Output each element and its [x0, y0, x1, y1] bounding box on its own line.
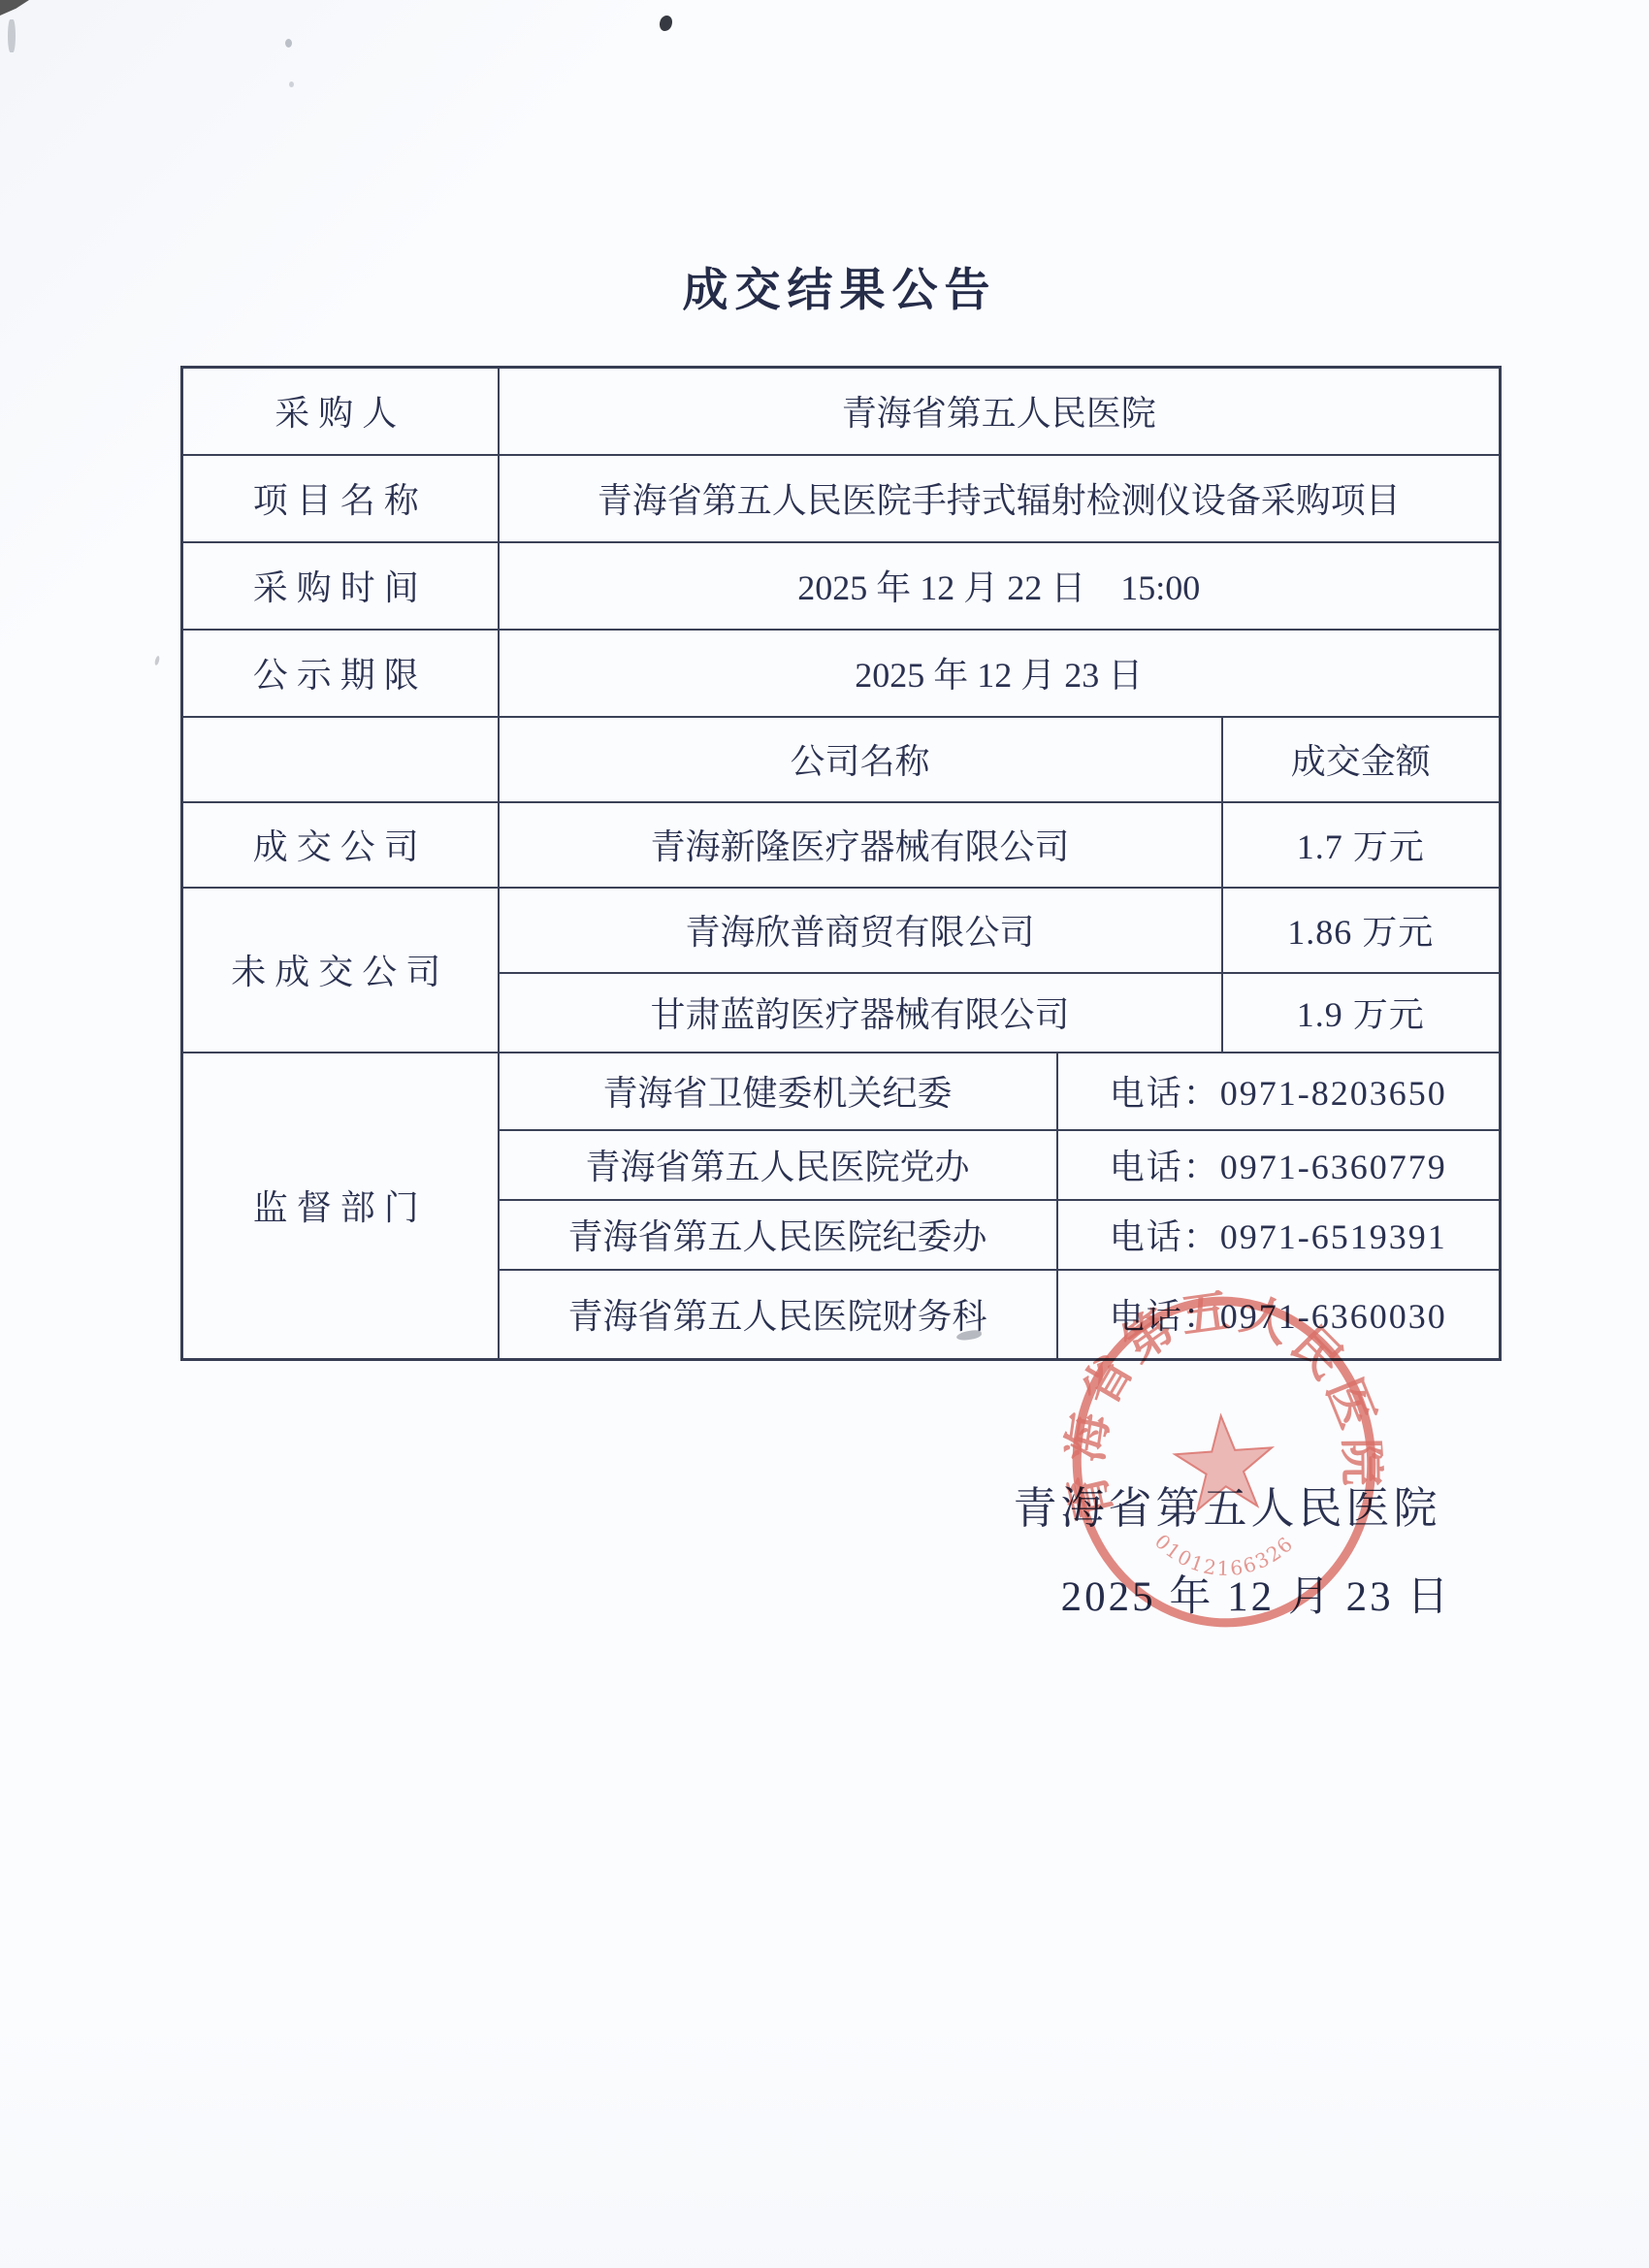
table-row: 项目名称 青海省第五人民医院手持式辐射检测仪设备采购项目: [182, 455, 1501, 542]
supervision-department: 青海省第五人民医院党办: [499, 1130, 1057, 1200]
signature-organization: 青海省第五人民医院: [1009, 1473, 1445, 1536]
announcement-table: 采购人 青海省第五人民医院 项目名称 青海省第五人民医院手持式辐射检测仪设备采购…: [180, 366, 1502, 1361]
scan-speck: [285, 39, 292, 48]
non-winner-amount: 1.9 万元: [1222, 973, 1501, 1053]
table-row: 成交公司 青海新隆医疗器械有限公司 1.7 万元: [182, 802, 1501, 888]
project-name-label: 项目名称: [182, 455, 499, 542]
winner-amount: 1.7 万元: [1222, 802, 1501, 888]
non-winner-amount: 1.86 万元: [1222, 888, 1501, 973]
scan-speck: [154, 656, 160, 666]
purchaser-value: 青海省第五人民医院: [499, 368, 1501, 455]
supervision-department: 青海省第五人民医院财务科: [499, 1270, 1057, 1360]
supervision-phone: 电话：0971-6519391: [1057, 1200, 1501, 1270]
amount-header: 成交金额: [1222, 717, 1501, 802]
supervision-department: 青海省卫健委机关纪委: [499, 1053, 1057, 1130]
non-winner-company: 甘肃蓝韵医疗器械有限公司: [499, 973, 1222, 1053]
non-winner-label: 未成交公司: [182, 888, 499, 1053]
table-row: 采购人 青海省第五人民医院: [182, 368, 1501, 455]
procurement-time-label: 采购时间: [182, 542, 499, 630]
scanned-announcement-page: 成交结果公告 采购人 青海省第五人民医院 项目名称 青海省第五人民医院手持式辐射…: [0, 0, 1649, 2268]
scan-speck: [289, 81, 294, 87]
signature-date: 2025 年 12 月 23 日: [1057, 1564, 1455, 1623]
result-header-label-cell: [182, 717, 499, 802]
table-row: 监督部门 青海省卫健委机关纪委 电话：0971-8203650: [182, 1053, 1501, 1130]
procurement-time-value: 2025 年 12 月 22 日 15:00: [499, 542, 1501, 630]
page-title: 成交结果公告: [180, 254, 1499, 319]
supervision-phone: 电话：0971-6360030: [1057, 1270, 1501, 1360]
winner-label: 成交公司: [182, 802, 499, 888]
company-name-header: 公司名称: [499, 717, 1222, 802]
table-row: 公示期限 2025 年 12 月 23 日: [182, 630, 1501, 717]
non-winner-company: 青海欣普商贸有限公司: [499, 888, 1222, 973]
scan-smudge: [8, 19, 16, 52]
supervision-department: 青海省第五人民医院纪委办: [499, 1200, 1057, 1270]
publicity-period-label: 公示期限: [182, 630, 499, 717]
project-name-value: 青海省第五人民医院手持式辐射检测仪设备采购项目: [499, 455, 1501, 542]
table-row: 公司名称 成交金额: [182, 717, 1501, 802]
purchaser-label: 采购人: [182, 368, 499, 455]
table-row: 未成交公司 青海欣普商贸有限公司 1.86 万元: [182, 888, 1501, 973]
winner-company: 青海新隆医疗器械有限公司: [499, 802, 1222, 888]
scan-speck: [660, 16, 672, 31]
scan-corner-mark: [0, 0, 29, 16]
supervision-phone: 电话：0971-8203650: [1057, 1053, 1501, 1130]
supervision-label: 监督部门: [182, 1053, 499, 1360]
supervision-phone: 电话：0971-6360779: [1057, 1130, 1501, 1200]
publicity-period-value: 2025 年 12 月 23 日: [499, 630, 1501, 717]
table-row: 采购时间 2025 年 12 月 22 日 15:00: [182, 542, 1501, 630]
